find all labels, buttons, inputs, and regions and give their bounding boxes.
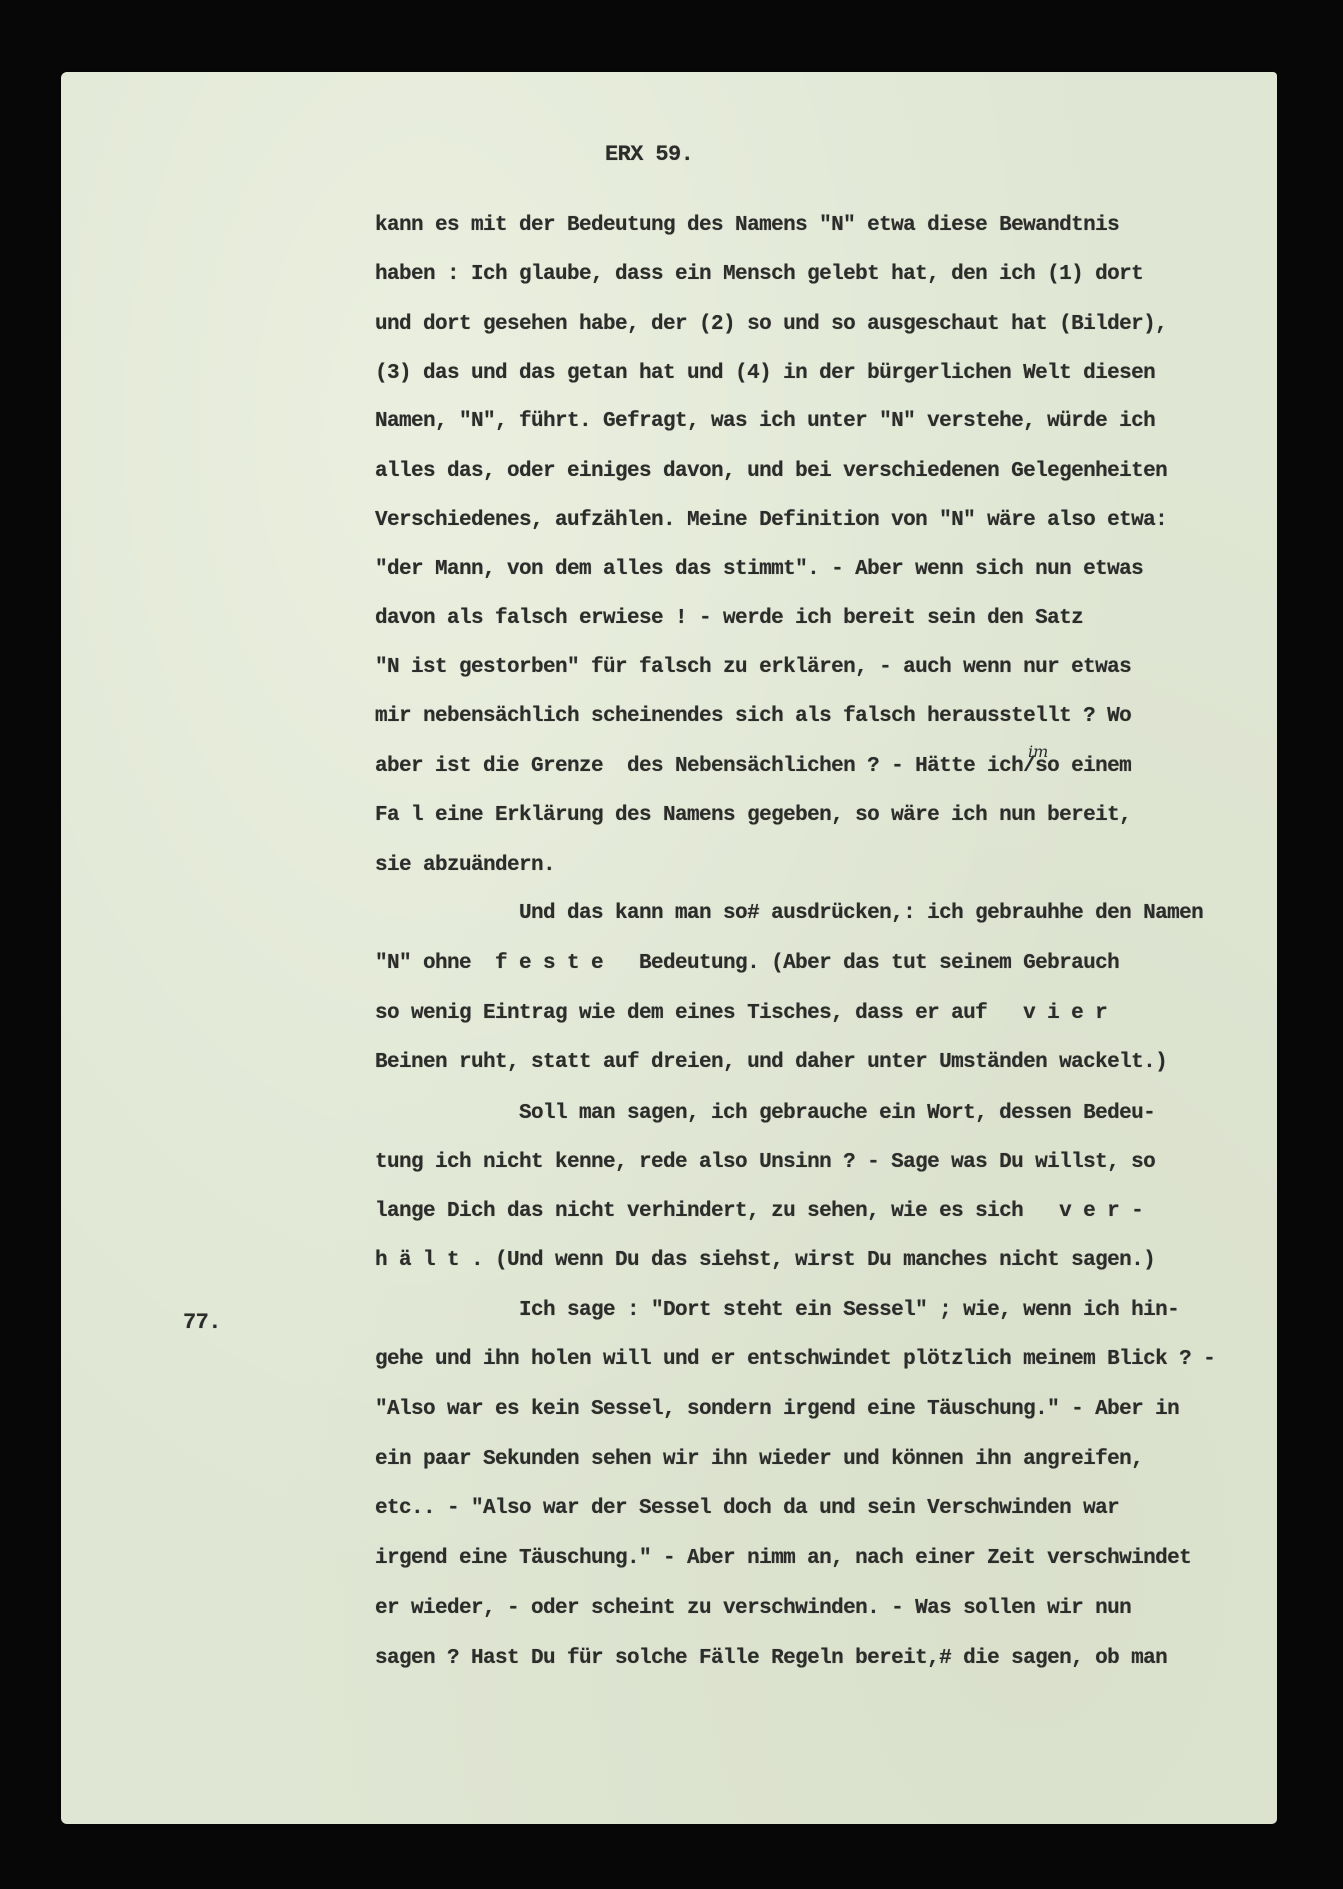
text-line: irgend eine Täuschung." - Aber nimm an, … <box>375 1548 1191 1569</box>
text-line: "Also war es kein Sessel, sondern irgend… <box>375 1399 1179 1420</box>
text-line: er wieder, - oder scheint zu verschwinde… <box>375 1598 1131 1619</box>
text-line: davon als falsch erwiese ! - werde ich b… <box>375 608 1083 629</box>
text-line: sie abzuändern. <box>375 855 555 876</box>
text-line: Und das kann man so# ausdrücken,: ich ge… <box>375 903 1203 924</box>
text-line: aber ist die Grenze des Nebensächlichen … <box>375 756 1131 777</box>
text-line: kann es mit der Bedeutung des Namens "N"… <box>375 215 1119 236</box>
text-line: "N" ohne f e s t e Bedeutung. (Aber das … <box>375 953 1119 974</box>
text-line: und dort gesehen habe, der (2) so und so… <box>375 314 1167 335</box>
text-line: sagen ? Hast Du für solche Fälle Regeln … <box>375 1648 1167 1669</box>
text-line: Soll man sagen, ich gebrauche ein Wort, … <box>375 1103 1155 1124</box>
text-line: haben : Ich glaube, dass ein Mensch gele… <box>375 264 1143 285</box>
text-line: mir nebensächlich scheinendes sich als f… <box>375 706 1131 727</box>
text-line: Beinen ruht, statt auf dreien, und daher… <box>375 1052 1167 1073</box>
text-line: gehe und ihn holen will und er entschwin… <box>375 1349 1215 1370</box>
text-line: "N ist gestorben" für falsch zu erklären… <box>375 657 1131 678</box>
text-line: lange Dich das nicht verhindert, zu sehe… <box>375 1201 1143 1222</box>
text-line: etc.. - "Also war der Sessel doch da und… <box>375 1498 1119 1519</box>
text-line: h ä l t . (Und wenn Du das siehst, wirst… <box>375 1250 1155 1271</box>
text-line: Verschiedenes, aufzählen. Meine Definiti… <box>375 510 1167 531</box>
text-line: (3) das und das getan hat und (4) in der… <box>375 363 1155 384</box>
text-line: "der Mann, von dem alles das stimmt". - … <box>375 559 1143 580</box>
text-line: ein paar Sekunden sehen wir ihn wieder u… <box>375 1449 1143 1470</box>
text-line: Fa l eine Erklärung des Namens gegeben, … <box>375 805 1131 826</box>
section-number-77: 77. <box>183 1312 221 1334</box>
text-line: so wenig Eintrag wie dem eines Tisches, … <box>375 1003 1107 1024</box>
text-line: alles das, oder einiges davon, und bei v… <box>375 461 1167 482</box>
text-line: Ich sage : "Dort steht ein Sessel" ; wie… <box>375 1300 1179 1321</box>
text-line: tung ich nicht kenne, rede also Unsinn ?… <box>375 1152 1155 1173</box>
page-number: ERX 59. <box>605 144 693 166</box>
text-line: Namen, "N", führt. Gefragt, was ich unte… <box>375 411 1155 432</box>
